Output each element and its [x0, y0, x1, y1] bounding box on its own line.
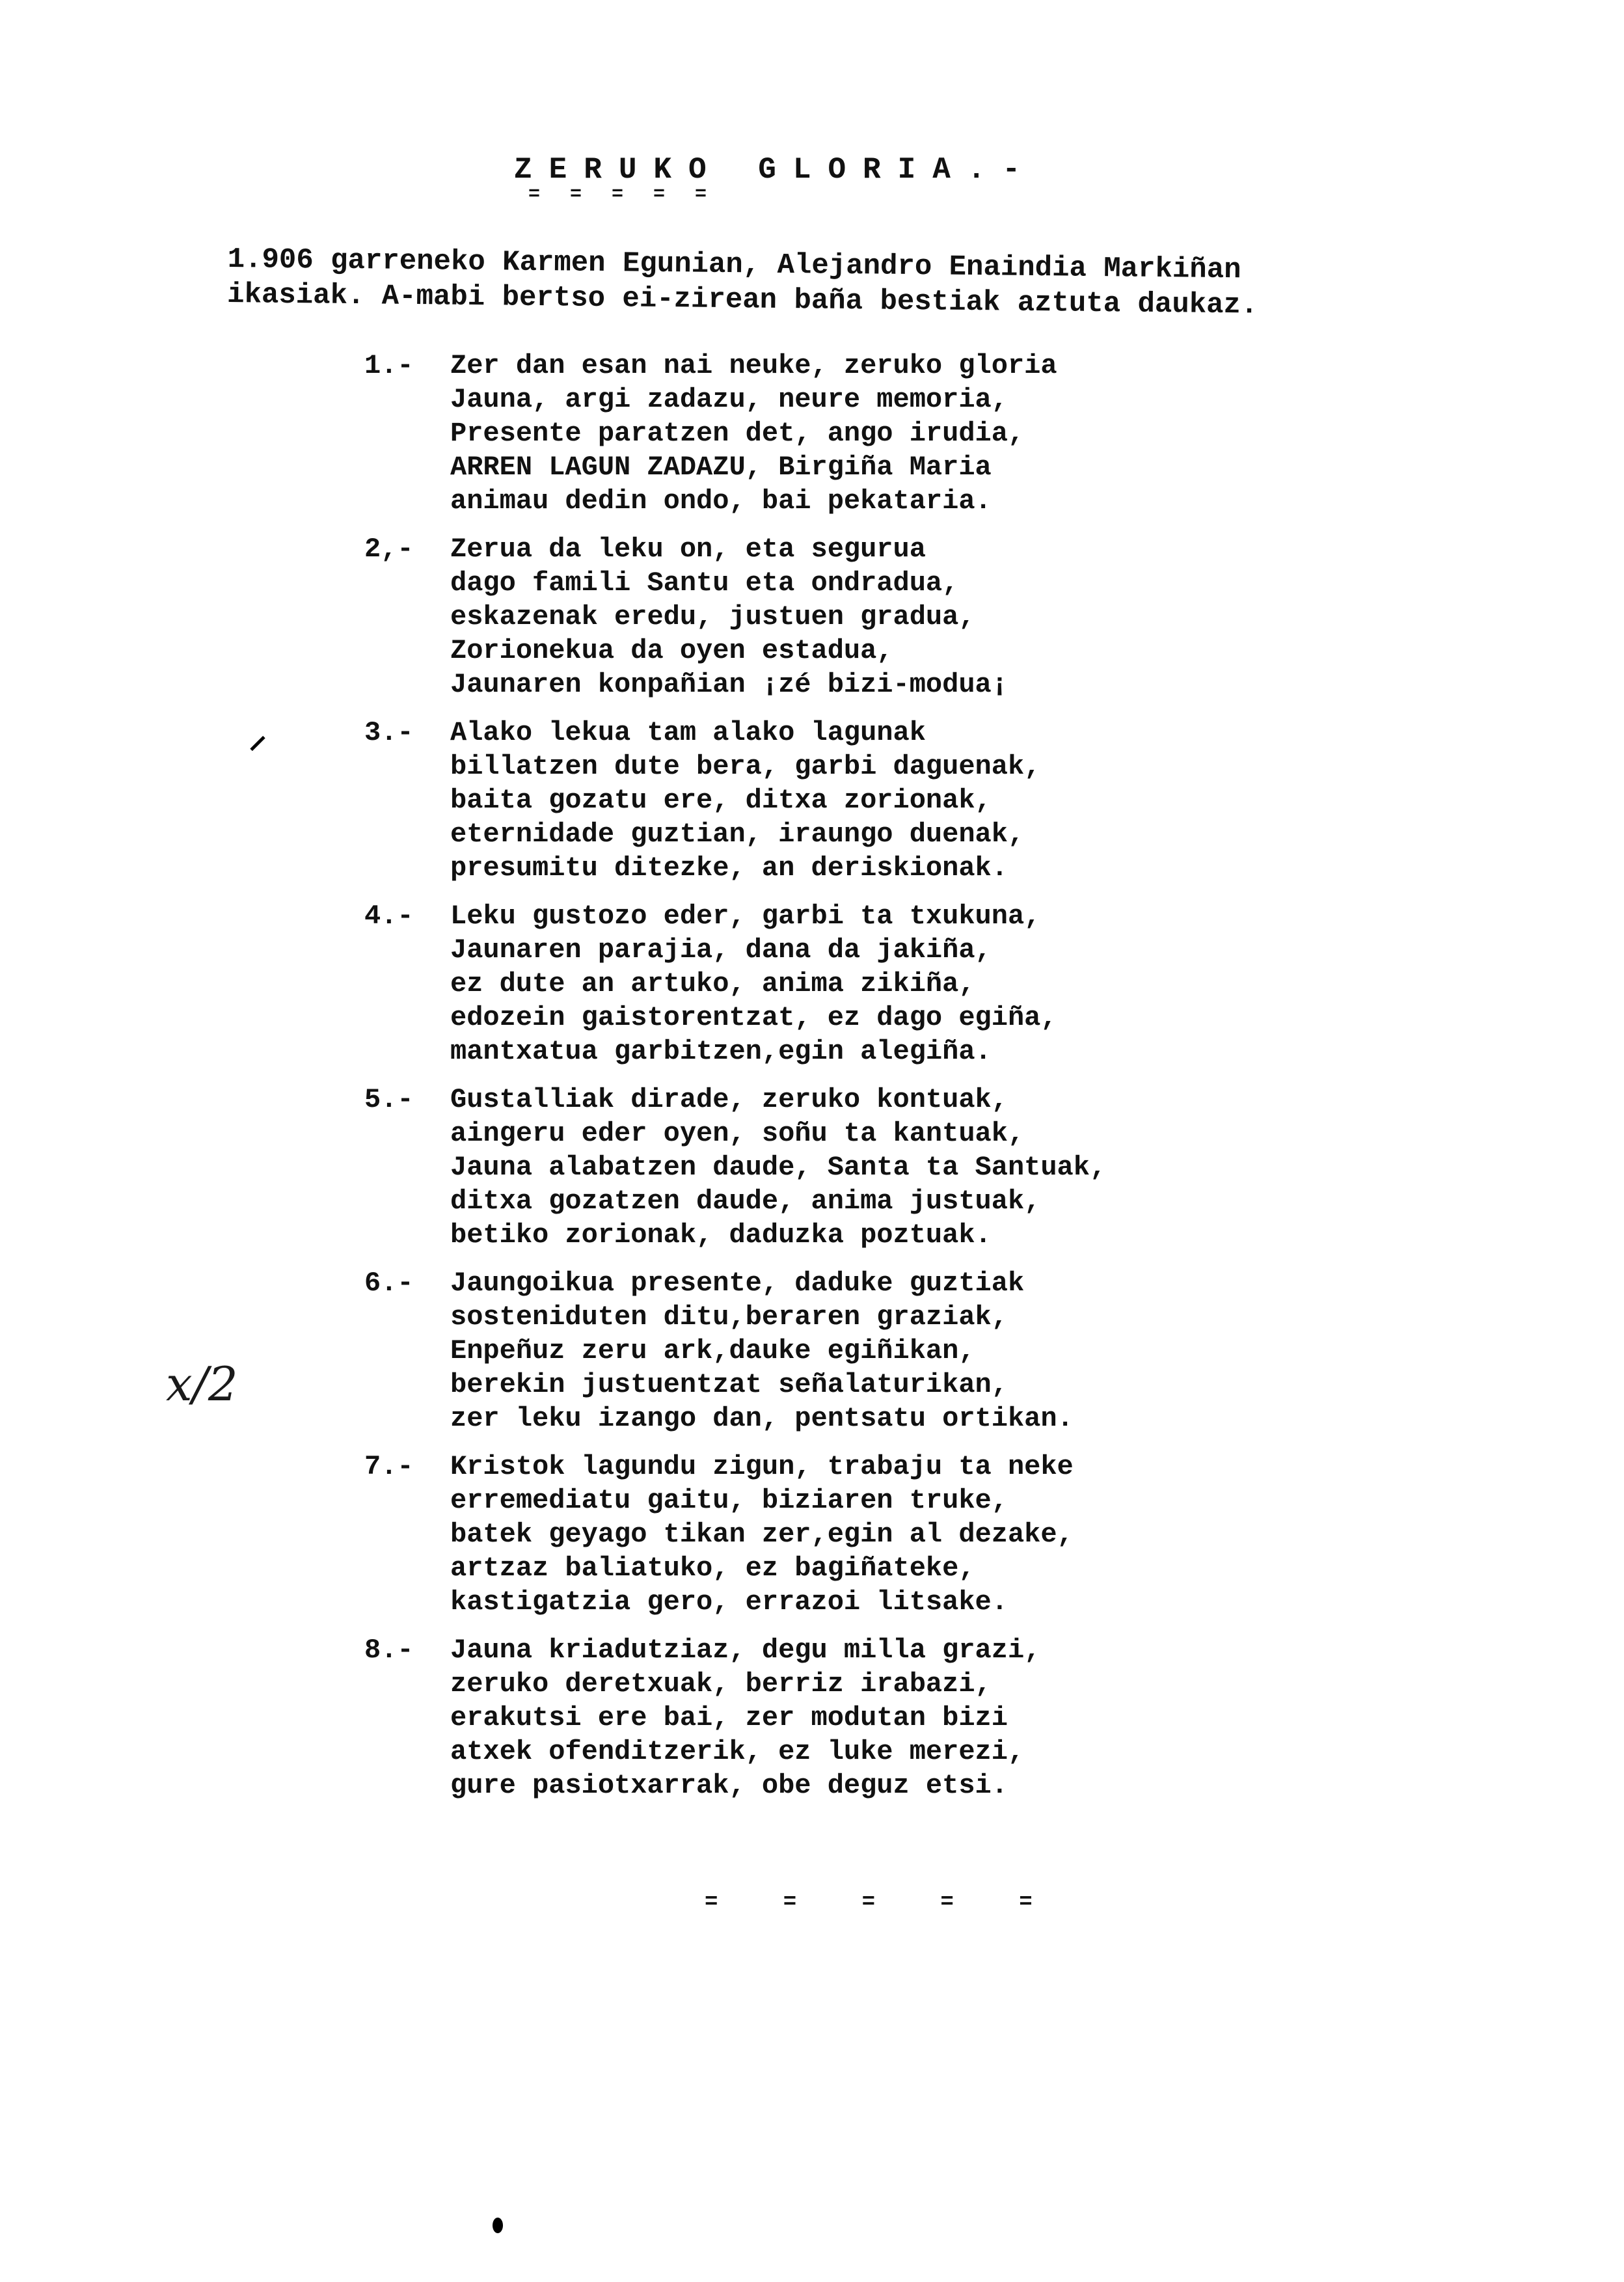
verse-line: aingeru eder oyen, soñu ta kantuak, [450, 1117, 1106, 1150]
verse-line: erakutsi ere bai, zer modutan bizi [450, 1701, 1040, 1735]
verse-line: eskazenak eredu, justuen gradua, [450, 600, 1008, 634]
end-separator: = = = = = [705, 1890, 1059, 1915]
verse-line: sosteniduten ditu,beraren graziak, [450, 1300, 1074, 1334]
handwritten-margin-note: x/2 [166, 1357, 238, 1411]
verse-line: baita gozatu ere, ditxa zorionak, [450, 783, 1040, 817]
stanza-number: 4.- [364, 899, 450, 1068]
stanza-verses: Kristok lagundu zigun, trabaju ta neke e… [450, 1450, 1074, 1619]
stanza-5: 5.- Gustalliak dirade, zeruko kontuak, a… [364, 1083, 1340, 1252]
stanza-verses: Alako lekua tam alako lagunak billatzen … [450, 716, 1040, 885]
verse-line: zer leku izango dan, pentsatu ortikan. [450, 1402, 1074, 1435]
verse-line: Jaunaren konpañian ¡zé bizi-modua¡ [450, 668, 1008, 701]
stanza-verses: Zerua da leku on, eta segurua dago famil… [450, 532, 1008, 701]
ink-dot [493, 2218, 503, 2233]
stanza-7: 7.- Kristok lagundu zigun, trabaju ta ne… [364, 1450, 1340, 1619]
stanza-1: 1.- Zer dan esan nai neuke, zeruko glori… [364, 349, 1340, 518]
verse-line: ez dute an artuko, anima zikiña, [450, 967, 1057, 1001]
verse-line: erremediatu gaitu, biziaren truke, [450, 1484, 1074, 1517]
verse-line: gure pasiotxarrak, obe deguz etsi. [450, 1769, 1040, 1802]
verse-line: ARREN LAGUN ZADAZU, Birgiña Maria [450, 450, 1057, 484]
verse-line: Jauna kriadutziaz, degu milla grazi, [450, 1633, 1040, 1667]
verse-line: Zer dan esan nai neuke, zeruko gloria [450, 349, 1057, 383]
verse-line: Leku gustozo eder, garbi ta txukuna, [450, 899, 1057, 933]
title-underline: = = = = = [528, 183, 716, 206]
stanza-8: 8.- Jauna kriadutziaz, degu milla grazi,… [364, 1633, 1340, 1802]
verse-line: Jaunaren parajia, dana da jakiña, [450, 933, 1057, 967]
stanza-number: 7.- [364, 1450, 450, 1619]
verse-line: ditxa gozatzen daude, anima justuak, [450, 1184, 1106, 1218]
stanza-verses: Zer dan esan nai neuke, zeruko gloria Ja… [450, 349, 1057, 518]
stanza-6: 6.- Jaungoikua presente, daduke guztiak … [364, 1266, 1340, 1435]
verse-line: presumitu ditezke, an deriskionak. [450, 851, 1040, 885]
stanza-number: 1.- [364, 349, 450, 518]
verse-line: zeruko deretxuak, berriz irabazi, [450, 1667, 1040, 1701]
document-title: ZERUKO GLORIA.- [514, 153, 1037, 187]
stanza-verses: Jauna kriadutziaz, degu milla grazi, zer… [450, 1633, 1040, 1802]
stanza-2: 2,- Zerua da leku on, eta segurua dago f… [364, 532, 1340, 701]
pen-mark [250, 736, 265, 751]
verse-line: mantxatua garbitzen,egin alegiña. [450, 1035, 1057, 1068]
verse-line: batek geyago tikan zer,egin al dezake, [450, 1517, 1074, 1551]
stanza-number: 2,- [364, 532, 450, 701]
verse-line: edozein gaistorentzat, ez dago egiña, [450, 1001, 1057, 1035]
verse-line: dago famili Santu eta ondradua, [450, 566, 1008, 600]
verse-line: Zerua da leku on, eta segurua [450, 532, 1008, 566]
verse-line: animau dedin ondo, bai pekataria. [450, 484, 1057, 518]
typewritten-page: ZERUKO GLORIA.- = = = = = 1.906 garrenek… [0, 0, 1624, 2282]
verse-line: Kristok lagundu zigun, trabaju ta neke [450, 1450, 1074, 1484]
stanza-verses: Leku gustozo eder, garbi ta txukuna, Jau… [450, 899, 1057, 1068]
verse-line: kastigatzia gero, errazoi litsake. [450, 1585, 1074, 1619]
verse-line: Gustalliak dirade, zeruko kontuak, [450, 1083, 1106, 1117]
stanza-4: 4.- Leku gustozo eder, garbi ta txukuna,… [364, 899, 1340, 1068]
verse-line: eternidade guztian, iraungo duenak, [450, 817, 1040, 851]
intro-paragraph: 1.906 garreneko Karmen Egunian, Alejandr… [227, 242, 1464, 325]
stanza-verses: Jaungoikua presente, daduke guztiak sost… [450, 1266, 1074, 1435]
verse-line: Zorionekua da oyen estadua, [450, 634, 1008, 668]
verse-line: berekin justuentzat señalaturikan, [450, 1368, 1074, 1402]
stanza-list: 1.- Zer dan esan nai neuke, zeruko glori… [364, 349, 1340, 1817]
stanza-number: 5.- [364, 1083, 450, 1252]
stanza-3: 3.- Alako lekua tam alako lagunak billat… [364, 716, 1340, 885]
verse-line: billatzen dute bera, garbi daguenak, [450, 750, 1040, 783]
verse-line: Jauna alabatzen daude, Santa ta Santuak, [450, 1150, 1106, 1184]
verse-line: betiko zorionak, daduzka poztuak. [450, 1218, 1106, 1252]
stanza-verses: Gustalliak dirade, zeruko kontuak, ainge… [450, 1083, 1106, 1252]
verse-line: Presente paratzen det, ango irudia, [450, 416, 1057, 450]
verse-line: Enpeñuz zeru ark,dauke egiñikan, [450, 1334, 1074, 1368]
verse-line: Jauna, argi zadazu, neure memoria, [450, 383, 1057, 416]
stanza-number: 6.- [364, 1266, 450, 1435]
verse-line: artzaz baliatuko, ez bagiñateke, [450, 1551, 1074, 1585]
verse-line: atxek ofenditzerik, ez luke merezi, [450, 1735, 1040, 1769]
stanza-number: 8.- [364, 1633, 450, 1802]
stanza-number: 3.- [364, 716, 450, 885]
verse-line: Alako lekua tam alako lagunak [450, 716, 1040, 750]
verse-line: Jaungoikua presente, daduke guztiak [450, 1266, 1074, 1300]
